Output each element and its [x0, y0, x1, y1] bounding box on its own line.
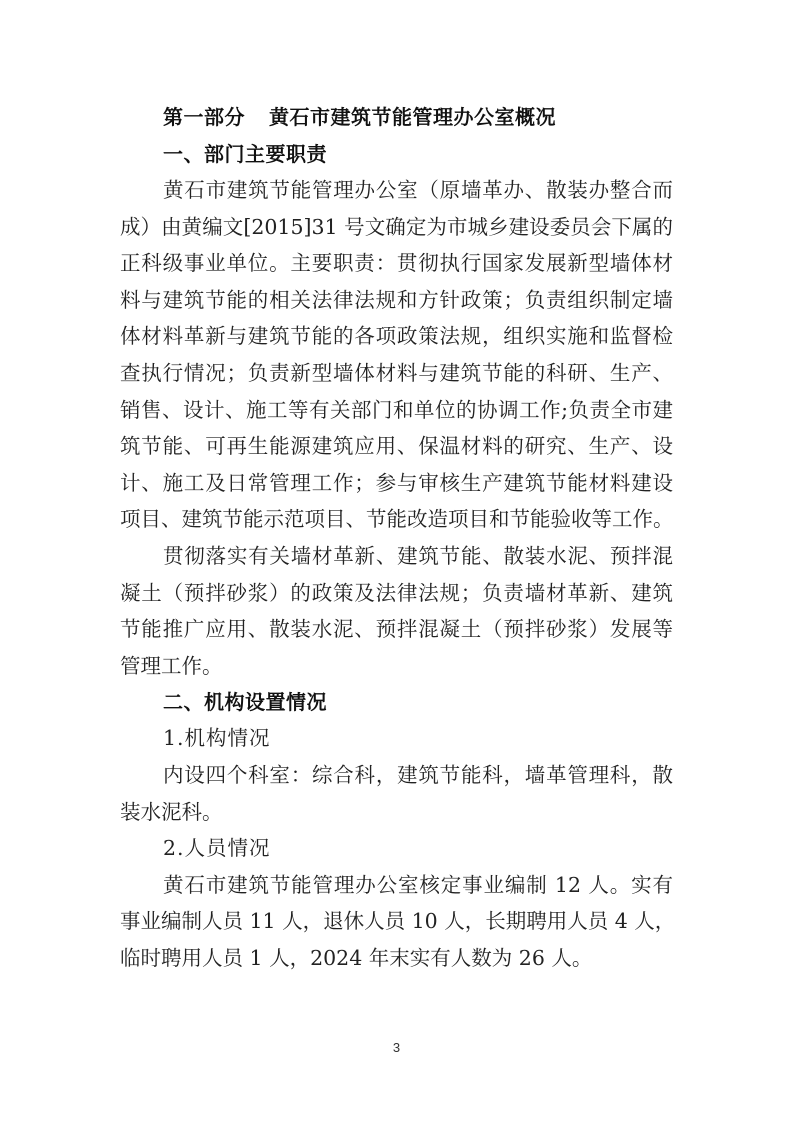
part-title-text: 黄石市建筑节能管理办公室概况 — [269, 105, 556, 129]
text-line: 事业编制人员 11 人，退休人员 10 人，长期聘用人员 4 人， — [120, 903, 673, 940]
text-line: 凝土（预拌砂浆）的政策及法律法规；负责墙材革新、建筑 — [120, 575, 673, 612]
text-line: 黄石市建筑节能管理办公室（原墙革办、散装办整合而 — [120, 172, 673, 209]
text-line: 计、施工及日常管理工作；参与审核生产建筑节能材料建设 — [120, 465, 673, 502]
text-line: 临时聘用人员 1 人，2024 年末实有人数为 26 人。 — [120, 940, 673, 977]
text-line: 贯彻落实有关墙材革新、建筑节能、散装水泥、预拌混 — [120, 538, 673, 575]
institution-paragraph: 内设四个科室：综合科，建筑节能科，墙革管理科，散 装水泥科。 — [120, 757, 673, 830]
text-line: 查执行情况；负责新型墙体材料与建筑节能的科研、生产、 — [120, 355, 673, 392]
text-line: 筑节能、可再生能源建筑应用、保温材料的研究、生产、设 — [120, 428, 673, 465]
duties-paragraph-1: 黄石市建筑节能管理办公室（原墙革办、散装办整合而 成）由黄编文[2015]31 … — [120, 172, 673, 538]
text-line: 体材料革新与建筑节能的各项政策法规，组织实施和监督检 — [120, 318, 673, 355]
section-heading-organization: 二、机构设置情况 — [120, 684, 673, 720]
text-line: 装水泥科。 — [120, 794, 673, 831]
page-content: 第一部分黄石市建筑节能管理办公室概况 一、部门主要职责 黄石市建筑节能管理办公室… — [120, 98, 673, 976]
document-page: 第一部分黄石市建筑节能管理办公室概况 一、部门主要职责 黄石市建筑节能管理办公室… — [0, 0, 793, 1122]
text-line: 黄石市建筑节能管理办公室核定事业编制 12 人。实有 — [120, 867, 673, 904]
duties-paragraph-2: 贯彻落实有关墙材革新、建筑节能、散装水泥、预拌混 凝土（预拌砂浆）的政策及法律法… — [120, 538, 673, 684]
staff-paragraph: 黄石市建筑节能管理办公室核定事业编制 12 人。实有 事业编制人员 11 人，退… — [120, 867, 673, 977]
text-line: 销售、设计、施工等有关部门和单位的协调工作;负责全市建 — [120, 392, 673, 429]
subsection-heading-staff: 2.人员情况 — [120, 830, 673, 867]
text-line: 成）由黄编文[2015]31 号文确定为市城乡建设委员会下属的 — [120, 209, 673, 246]
part-label: 第一部分 — [163, 105, 245, 129]
text-line: 内设四个科室：综合科，建筑节能科，墙革管理科，散 — [120, 757, 673, 794]
text-line: 料与建筑节能的相关法律法规和方针政策；负责组织制定墙 — [120, 282, 673, 319]
subsection-heading-institution: 1.机构情况 — [120, 720, 673, 757]
text-line: 管理工作。 — [120, 648, 673, 685]
text-line: 节能推广应用、散装水泥、预拌混凝土（预拌砂浆）发展等 — [120, 611, 673, 648]
section-heading-duties: 一、部门主要职责 — [120, 136, 673, 172]
text-line: 项目、建筑节能示范项目、节能改造项目和节能验收等工作。 — [120, 501, 673, 538]
page-number: 3 — [0, 1040, 793, 1055]
text-line: 正科级事业单位。主要职责：贯彻执行国家发展新型墙体材 — [120, 245, 673, 282]
part-title: 第一部分黄石市建筑节能管理办公室概况 — [120, 98, 673, 136]
